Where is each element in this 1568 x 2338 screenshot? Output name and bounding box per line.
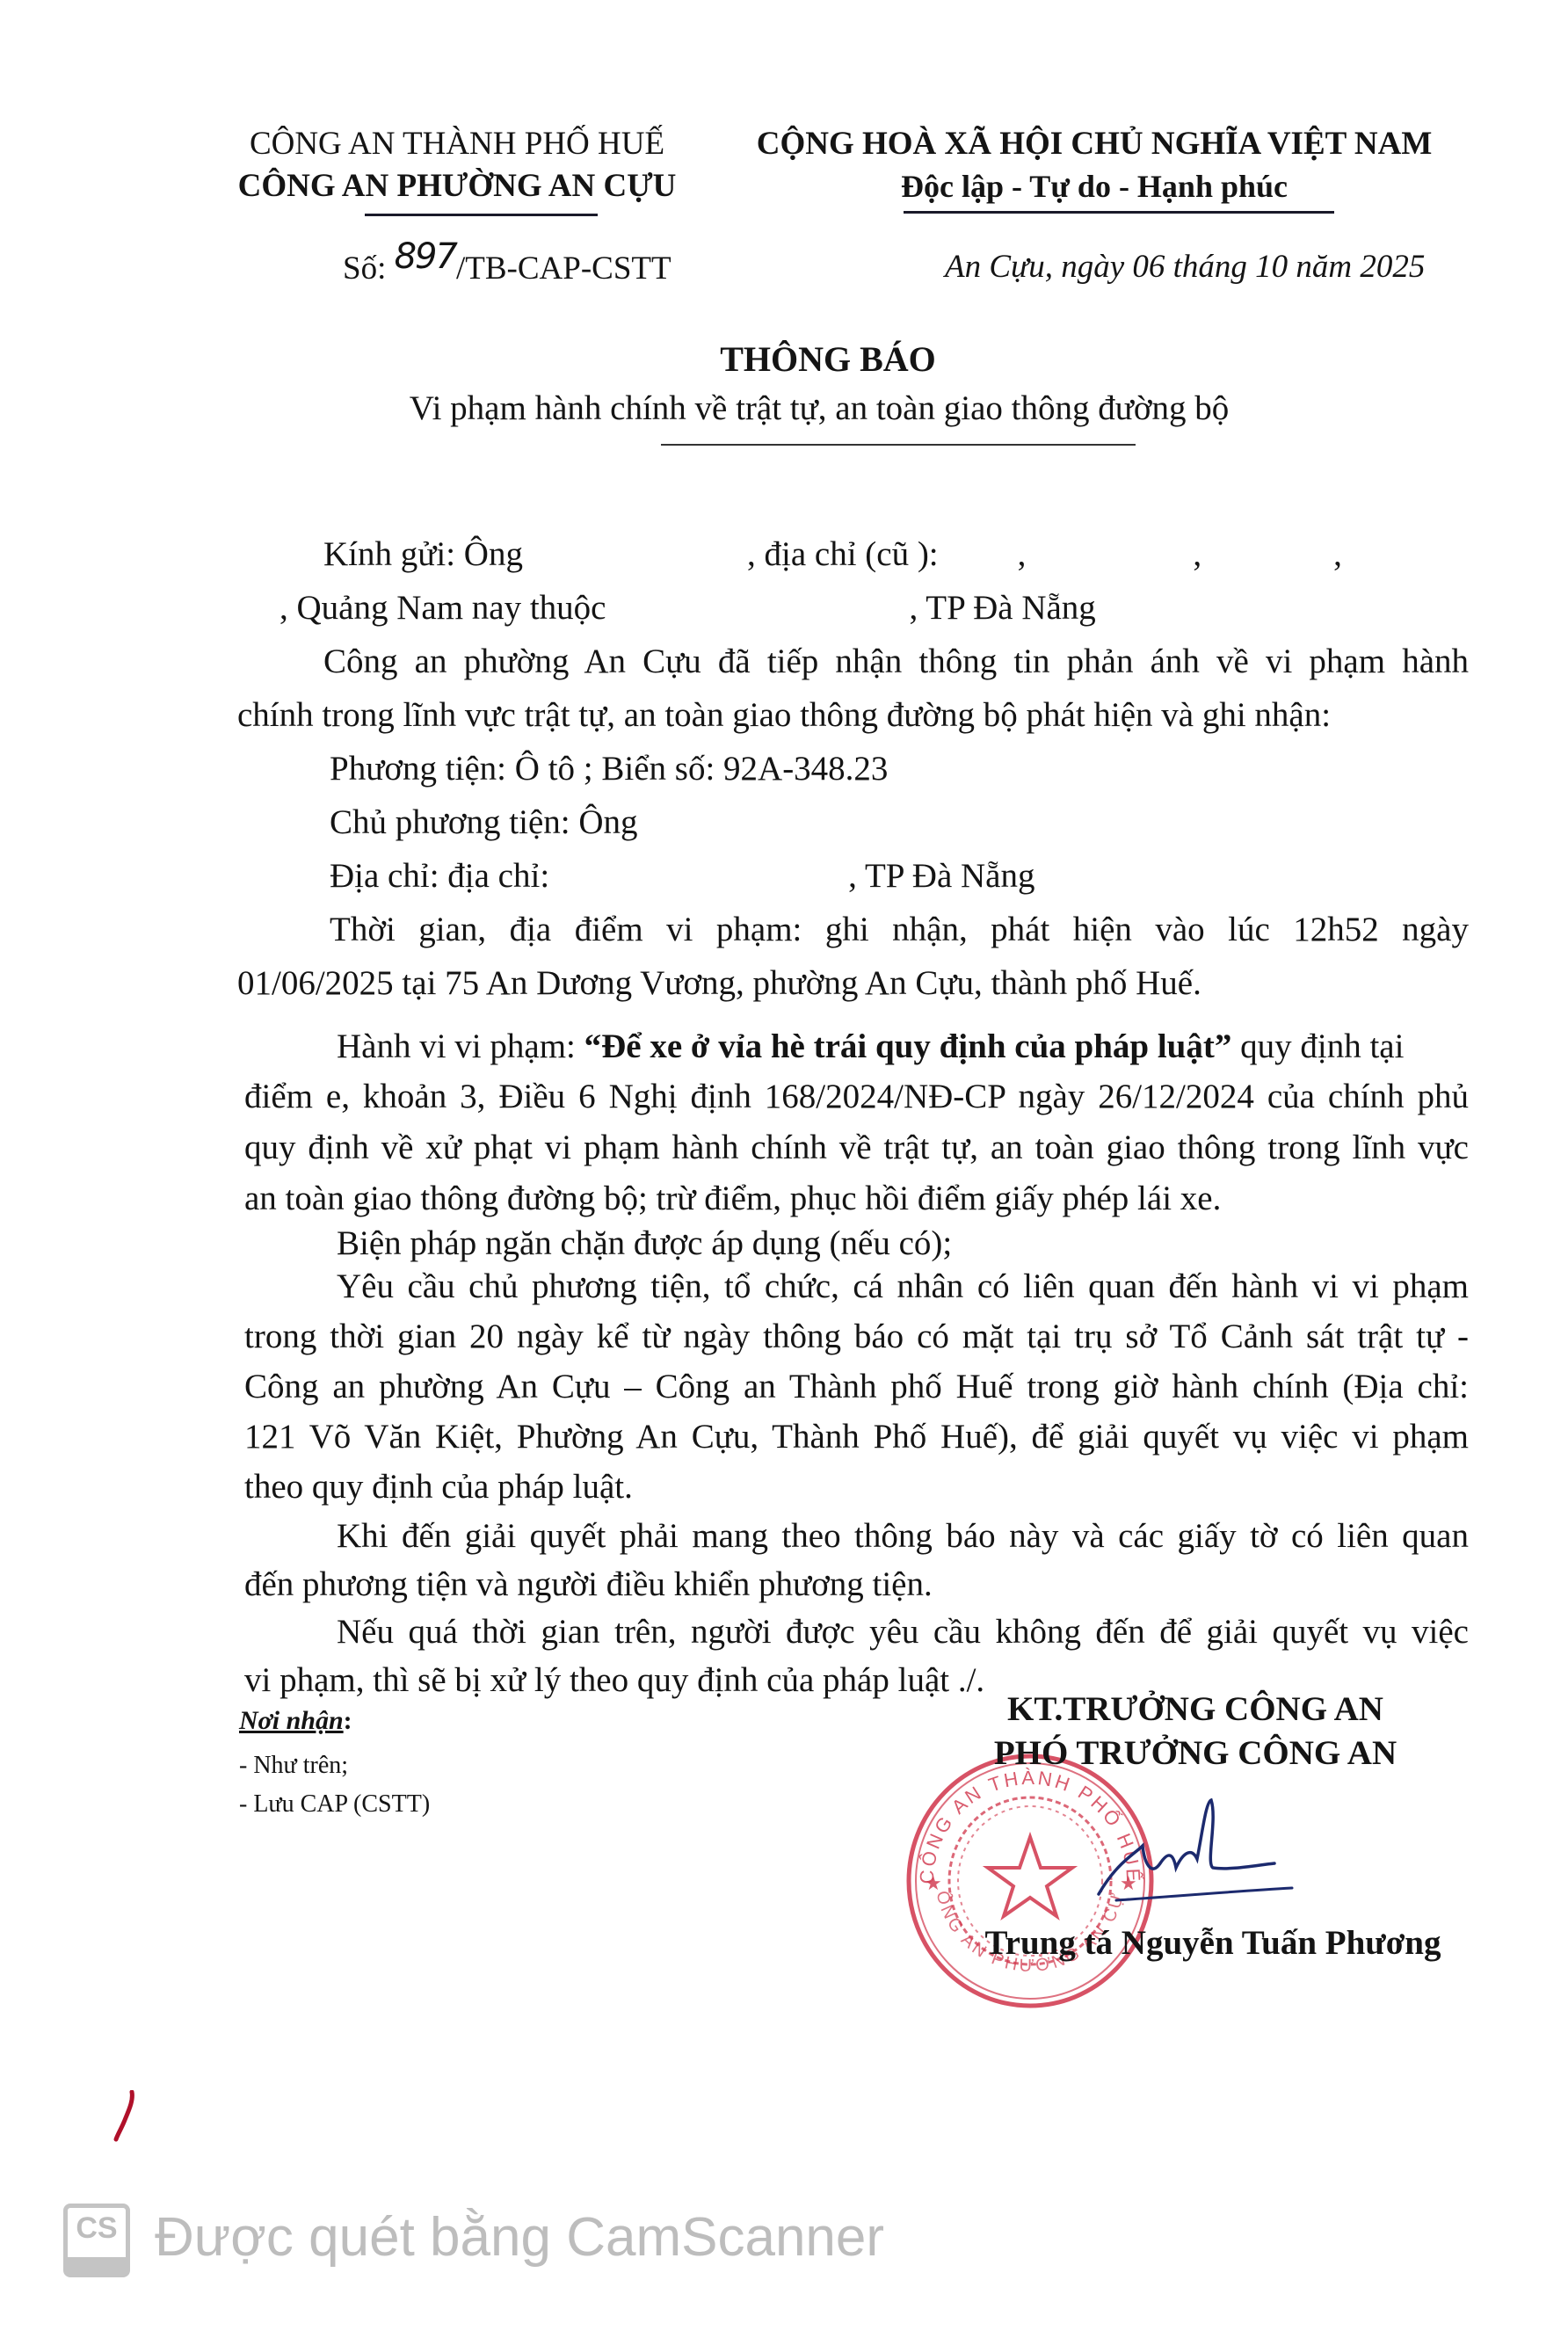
nation-title: CỘNG HOÀ XÃ HỘI CHỦ NGHĨA VIỆT NAM — [721, 125, 1468, 163]
request-line-5: theo quy định của pháp luật. — [244, 1467, 633, 1507]
handwritten-signature-icon — [1090, 1793, 1318, 1907]
vehicle-info: Phương tiện: Ô tô ; Biển số: 92A-348.23 — [330, 749, 888, 789]
time-place-line-2: 01/06/2025 tại 75 An Dương Vương, phường… — [237, 963, 1201, 1004]
separator: , — [1333, 535, 1342, 573]
signature-title-1: KT.TRƯỞNG CÔNG AN — [949, 1689, 1441, 1730]
recipient-item: - Như trên; — [239, 1751, 348, 1781]
motto: Độc lập - Tự do - Hạnh phúc — [721, 167, 1468, 206]
violation-line-3: quy định về xử phạt vi phạm hành chính v… — [244, 1128, 1469, 1168]
camscanner-logo-icon: CS — [63, 2204, 130, 2277]
overdue-line-2: vi phạm, thì sẽ bị xử lý theo quy định c… — [244, 1660, 984, 1701]
separator: , — [1193, 535, 1201, 573]
bring-line-2: đến phương tiện và người điều khiển phươ… — [244, 1565, 933, 1605]
document-subtitle: Vi phạm hành chính về trật tự, an toàn g… — [0, 388, 1568, 429]
doc-number-handwritten: 897 — [395, 236, 456, 277]
agency-name: CÔNG AN PHƯỜNG AN CỰU — [211, 167, 703, 206]
owner-address: Địa chỉ: địa chỉ:, TP Đà Nẵng — [330, 856, 1034, 897]
subtitle-underline — [661, 444, 1136, 446]
violation-label: Hành vi vi phạm: — [337, 1027, 584, 1065]
request-line-1: Yêu cầu chủ phương tiện, tổ chức, cá nhâ… — [337, 1267, 1469, 1307]
document-title: THÔNG BÁO — [0, 339, 1568, 380]
recipients-heading: Nơi nhận: — [239, 1705, 352, 1737]
recipients-label: Nơi nhận — [239, 1706, 344, 1735]
recipient-label: Kính gửi: Ông — [323, 535, 523, 573]
bring-line-1: Khi đến giải quyết phải mang theo thông … — [337, 1516, 1469, 1557]
violation-line-2: điểm e, khoản 3, Điều 6 Nghị định 168/20… — [244, 1077, 1469, 1117]
signer-name: Trung tá Nguyễn Tuấn Phương — [949, 1923, 1477, 1964]
doc-number-suffix: /TB-CAP-CSTT — [456, 250, 671, 287]
recipients-colon: : — [344, 1706, 352, 1735]
doc-number-prefix: Số: — [343, 250, 386, 287]
document-number: Số: 897/TB-CAP-CSTT — [343, 248, 671, 288]
camscanner-logo-text: CS — [68, 2211, 126, 2246]
recipient-line-2: , Quảng Nam nay thuộc, TP Đà Nẵng — [279, 588, 1096, 628]
signature-title-2: PHÓ TRƯỞNG CÔNG AN — [949, 1733, 1441, 1774]
place-date: An Cựu, ngày 06 tháng 10 năm 2025 — [945, 248, 1425, 287]
recipient-province: , Quảng Nam nay thuộc — [279, 589, 606, 627]
svg-text:★: ★ — [925, 1872, 942, 1894]
intro-line-2: chính trong lĩnh vực trật tự, an toàn gi… — [237, 695, 1331, 736]
intro-line-1: Công an phường An Cựu đã tiếp nhận thông… — [323, 642, 1469, 682]
camscanner-watermark: Được quét bằng CamScanner — [155, 2204, 884, 2271]
violation-description: “Để xe ở vỉa hè trái quy định của pháp l… — [584, 1027, 1232, 1065]
violation-line-4: an toàn giao thông đường bộ; trừ điểm, p… — [244, 1179, 1221, 1219]
recipient-city: , TP Đà Nẵng — [910, 589, 1096, 627]
agency-parent: CÔNG AN THÀNH PHỐ HUẾ — [211, 125, 703, 163]
owner-address-city: , TP Đà Nẵng — [848, 857, 1034, 895]
motto-underline — [904, 211, 1334, 214]
request-line-2: trong thời gian 20 ngày kể từ ngày thông… — [244, 1317, 1469, 1357]
violation-suffix: quy định tại — [1231, 1027, 1404, 1065]
recipient-address-label: , địa chỉ (cũ ): — [747, 535, 939, 573]
request-line-3: Công an phường An Cựu – Công an Thành ph… — [244, 1367, 1469, 1407]
measures-line: Biện pháp ngăn chặn được áp dụng (nếu có… — [337, 1223, 952, 1264]
owner-address-label: Địa chỉ: địa chỉ: — [330, 857, 549, 895]
agency-underline — [365, 214, 598, 216]
separator: , — [1018, 535, 1027, 573]
recipient-item: - Lưu CAP (CSTT) — [239, 1790, 430, 1819]
violation-line-1: Hành vi vi phạm: “Để xe ở vỉa hè trái qu… — [337, 1027, 1469, 1067]
time-place-line-1: Thời gian, địa điểm vi phạm: ghi nhận, p… — [330, 910, 1469, 950]
ink-mark-icon — [113, 2090, 139, 2143]
request-line-4: 121 Võ Văn Kiệt, Phường An Cựu, Thành Ph… — [244, 1417, 1469, 1457]
overdue-line-1: Nếu quá thời gian trên, người được yêu c… — [337, 1612, 1469, 1652]
recipient-line: Kính gửi: Ông, địa chỉ (cũ ):,,, — [323, 534, 1342, 575]
vehicle-owner: Chủ phương tiện: Ông — [330, 802, 638, 843]
